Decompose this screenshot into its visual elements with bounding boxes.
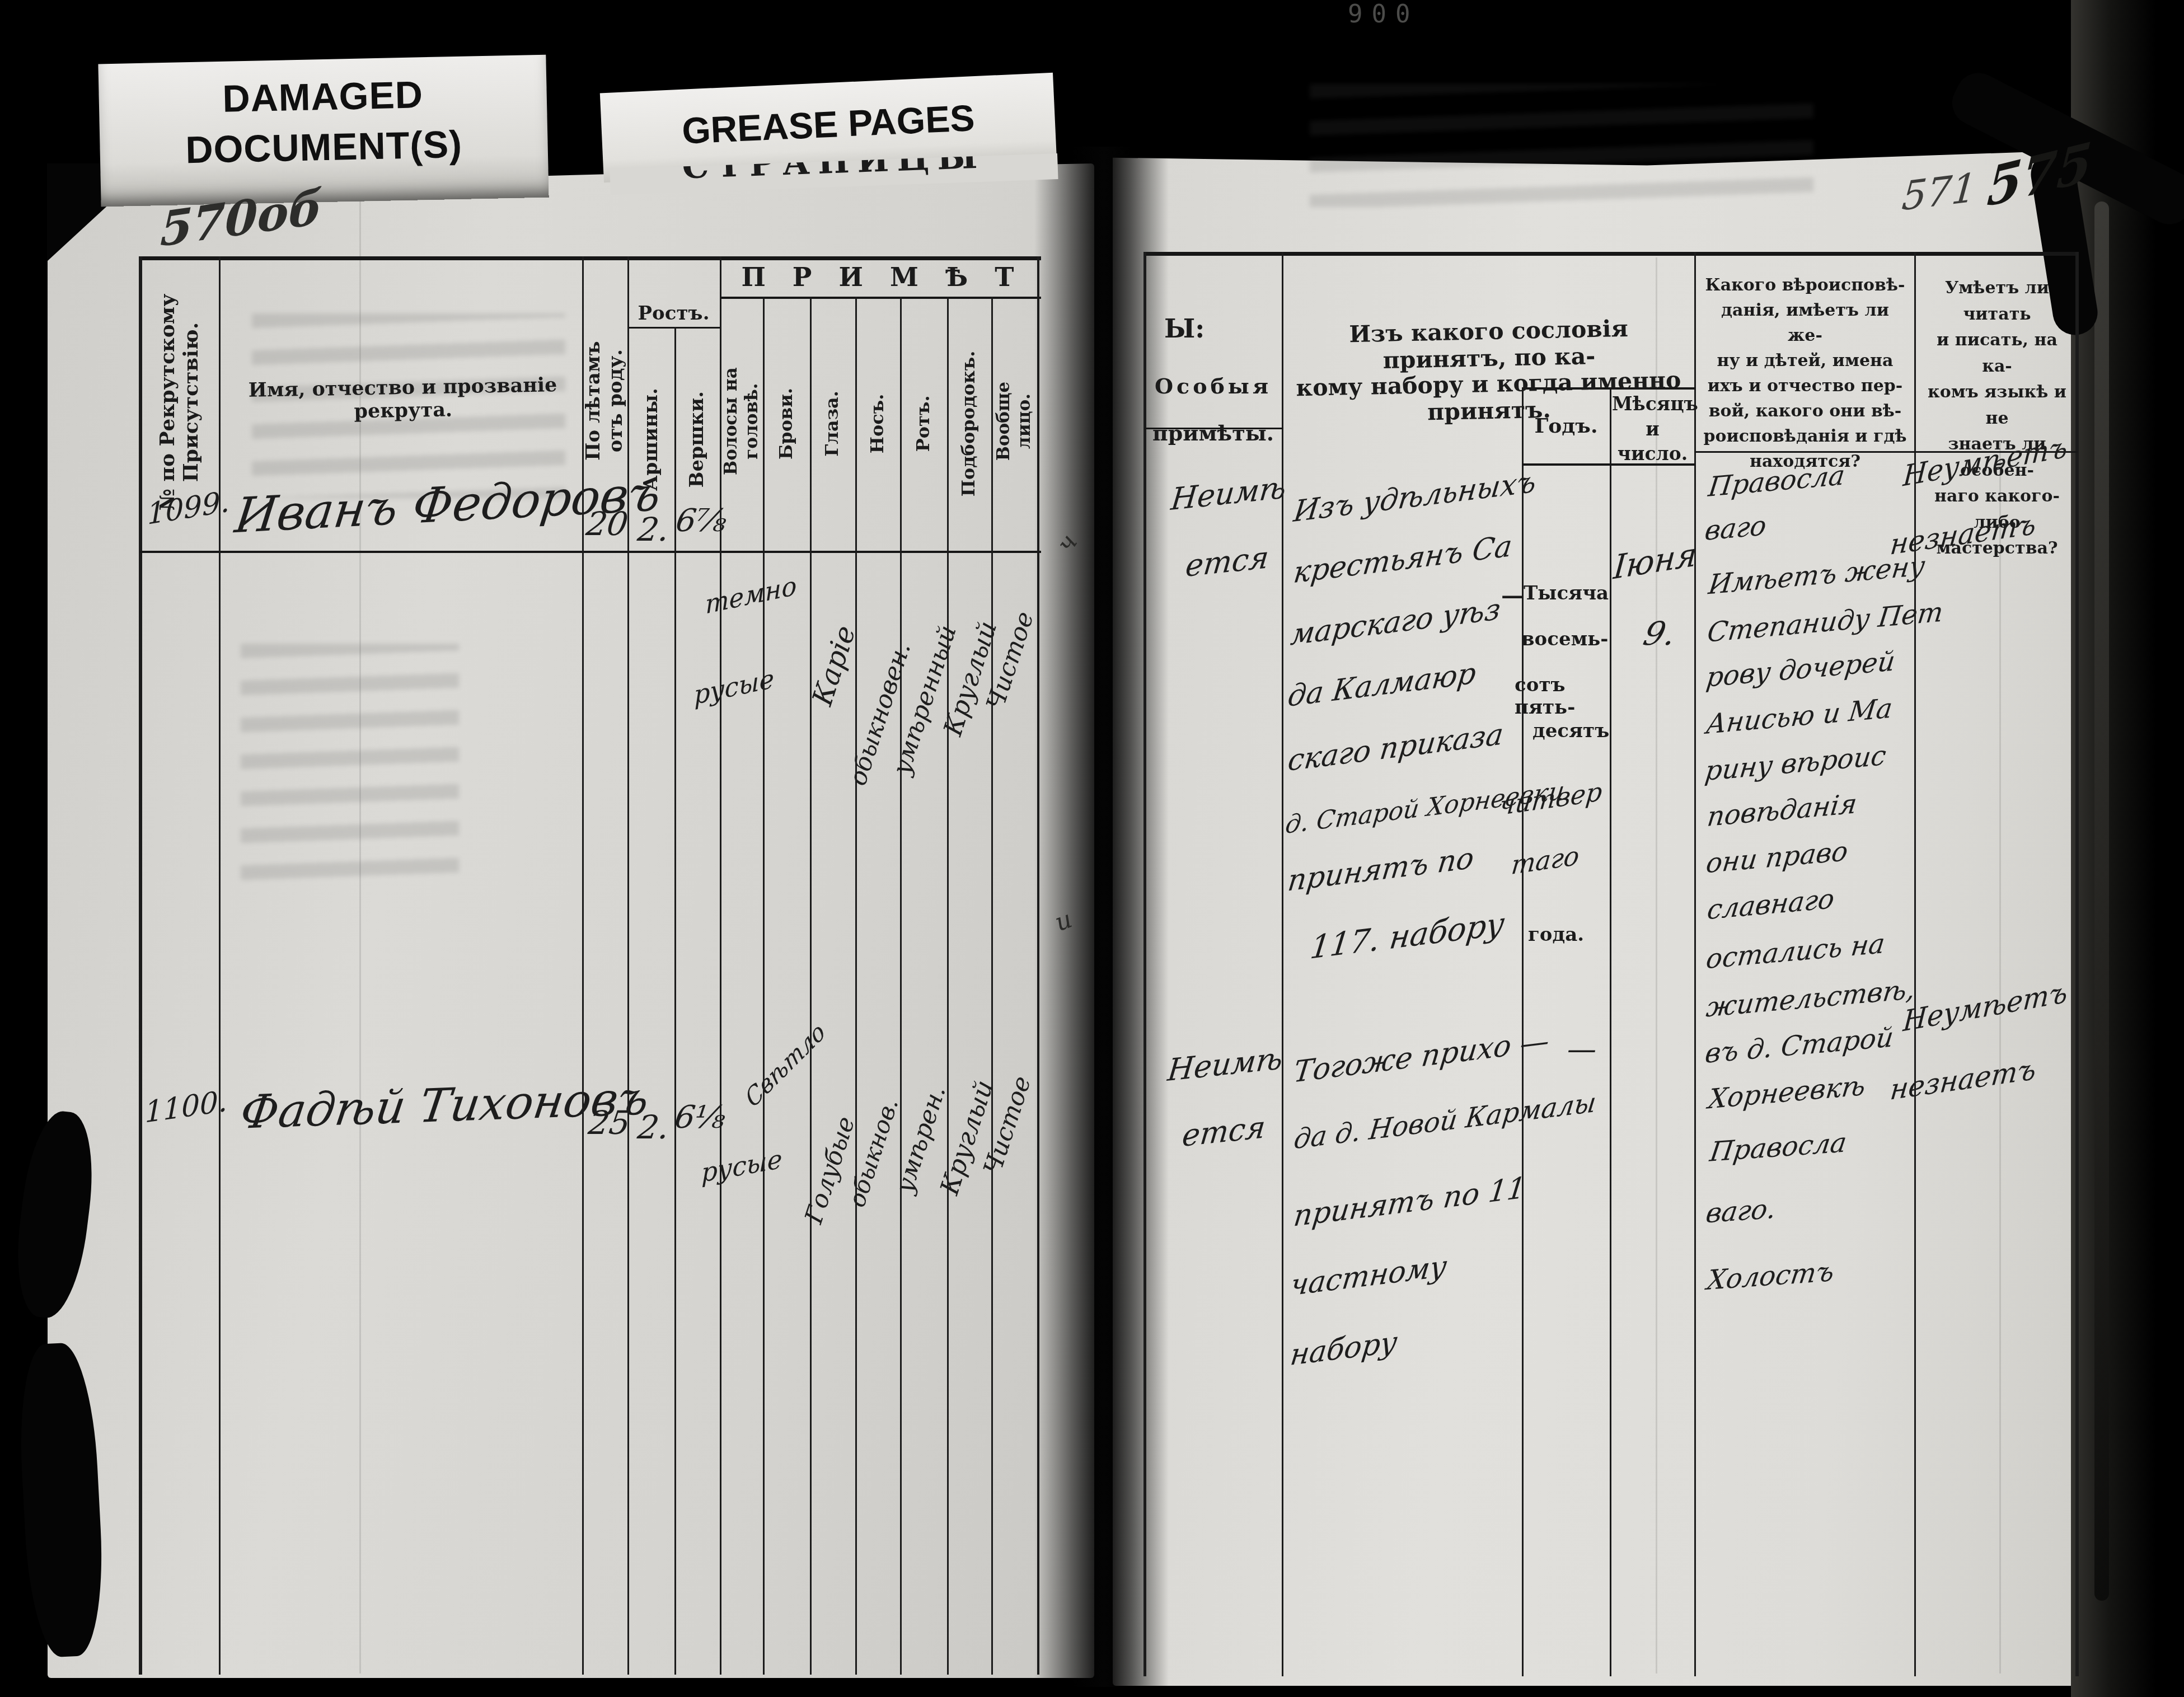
r1-year-printed5: года. bbox=[1528, 923, 1612, 946]
header-face: Вообще лицо. bbox=[993, 298, 1034, 545]
rost-underline bbox=[627, 327, 720, 329]
page-number-right-pencil: 571 bbox=[1900, 164, 1979, 220]
r1-year-printed4: десятъ bbox=[1532, 720, 1616, 742]
r2-year-dash: — bbox=[1567, 1033, 1596, 1066]
header-line: комъ языкѣ и не bbox=[1921, 379, 2073, 432]
table-border-top-left bbox=[140, 256, 1041, 260]
r1-year-printed2: восемь- bbox=[1521, 628, 1605, 650]
header-primety-right: Ы: bbox=[1164, 313, 1231, 344]
header-line: Мѣсяцъ bbox=[1612, 392, 1693, 417]
header-month: Мѣсяцъ и число. bbox=[1612, 392, 1693, 467]
book-edge-sliver bbox=[2094, 201, 2109, 1601]
header-eyes: Глаза. bbox=[822, 301, 843, 547]
row1-arshins: 2. bbox=[635, 510, 672, 549]
col-line bbox=[219, 256, 221, 1675]
bleed-through bbox=[1310, 84, 1813, 207]
grease-label-text: GREASE PAGES bbox=[601, 93, 1056, 156]
col-line bbox=[763, 297, 765, 1675]
header-brows: Брови. bbox=[776, 301, 797, 547]
damaged-label-line2: DOCUMENT(S) bbox=[100, 121, 548, 174]
header-mouth: Ротъ. bbox=[913, 301, 934, 547]
table-border-right bbox=[2075, 252, 2079, 1676]
col-line bbox=[991, 297, 993, 1675]
header-line: и писать, на ка- bbox=[1921, 327, 2073, 379]
table-border-top-right bbox=[1145, 252, 2078, 256]
header-special-line2: примѣты. bbox=[1147, 421, 1279, 446]
table-border-left bbox=[139, 256, 142, 1675]
header-line: и bbox=[1612, 417, 1693, 442]
header-line: головѣ. bbox=[742, 298, 762, 545]
header-line: Умѣетъ ли читать bbox=[1921, 275, 2073, 327]
col-line bbox=[810, 297, 812, 1675]
bleed-through bbox=[241, 644, 459, 884]
col-line bbox=[1282, 252, 1283, 1676]
r1-year-printed1: Тысяча bbox=[1524, 582, 1607, 604]
header-religion: Какого вѣроисповѣ- данія, имѣетъ ли же- … bbox=[1702, 273, 1909, 474]
damaged-label: DAMAGED DOCUMENT(S) bbox=[98, 55, 549, 207]
header-line: Вообще bbox=[993, 298, 1014, 545]
header-chin: Подбородокъ. bbox=[958, 301, 979, 547]
header-year: Годъ. bbox=[1524, 414, 1609, 438]
archival-scan: DAMAGED DOCUMENT(S) GREASE PAGES СТРАНИЦ… bbox=[0, 0, 2184, 1697]
header-height: Ростъ. bbox=[627, 302, 720, 325]
header-nose: Носъ. bbox=[867, 301, 888, 547]
header-line: число. bbox=[1612, 442, 1693, 467]
col-line bbox=[947, 297, 949, 1675]
header-primety-left: П Р И М Ѣ Т bbox=[725, 262, 1039, 292]
header-special-line1: Особыя bbox=[1147, 374, 1279, 399]
header-line: ихъ и отчество пер- bbox=[1702, 373, 1909, 399]
row2-age: 25 bbox=[586, 1104, 632, 1142]
header-line: данія, имѣетъ ли же- bbox=[1702, 298, 1909, 348]
col-line bbox=[1610, 387, 1611, 1676]
row1-age: 20 bbox=[584, 505, 630, 543]
header-estate-line1: Изъ какого сословія принятъ, по ка- bbox=[1287, 313, 1691, 376]
row1-vershoks: 6⅞ bbox=[673, 503, 729, 539]
header-bottom-line bbox=[140, 551, 1041, 553]
col-line bbox=[900, 297, 902, 1675]
row2-vershoks: 6⅛ bbox=[672, 1099, 728, 1136]
header-line: вой, какого они вѣ- bbox=[1702, 399, 1909, 424]
header-line: ну и дѣтей, имена bbox=[1702, 348, 1909, 373]
r2-religion-line2: ваго. bbox=[1704, 1193, 1778, 1229]
crease bbox=[1656, 257, 1657, 1673]
r1-year-printed3: сотъ пять- bbox=[1515, 674, 1607, 719]
table-border-left-right-page bbox=[1143, 252, 1146, 1676]
col-line bbox=[855, 297, 857, 1675]
header-line: Какого вѣроисповѣ- bbox=[1702, 273, 1909, 298]
row2-arshins: 2. bbox=[635, 1108, 672, 1146]
col-line bbox=[1037, 256, 1039, 1675]
damaged-label-line1: DAMAGED bbox=[99, 71, 547, 124]
header-line: роисповѣданія и гдѣ bbox=[1702, 424, 1909, 449]
header-name: Имя, отчество и прозваніе рекрута. bbox=[223, 373, 582, 425]
top-marks: 900 bbox=[1348, 0, 1419, 29]
header-line: лицо. bbox=[1014, 298, 1035, 545]
r1-religion-line2: ваго bbox=[1703, 510, 1768, 547]
